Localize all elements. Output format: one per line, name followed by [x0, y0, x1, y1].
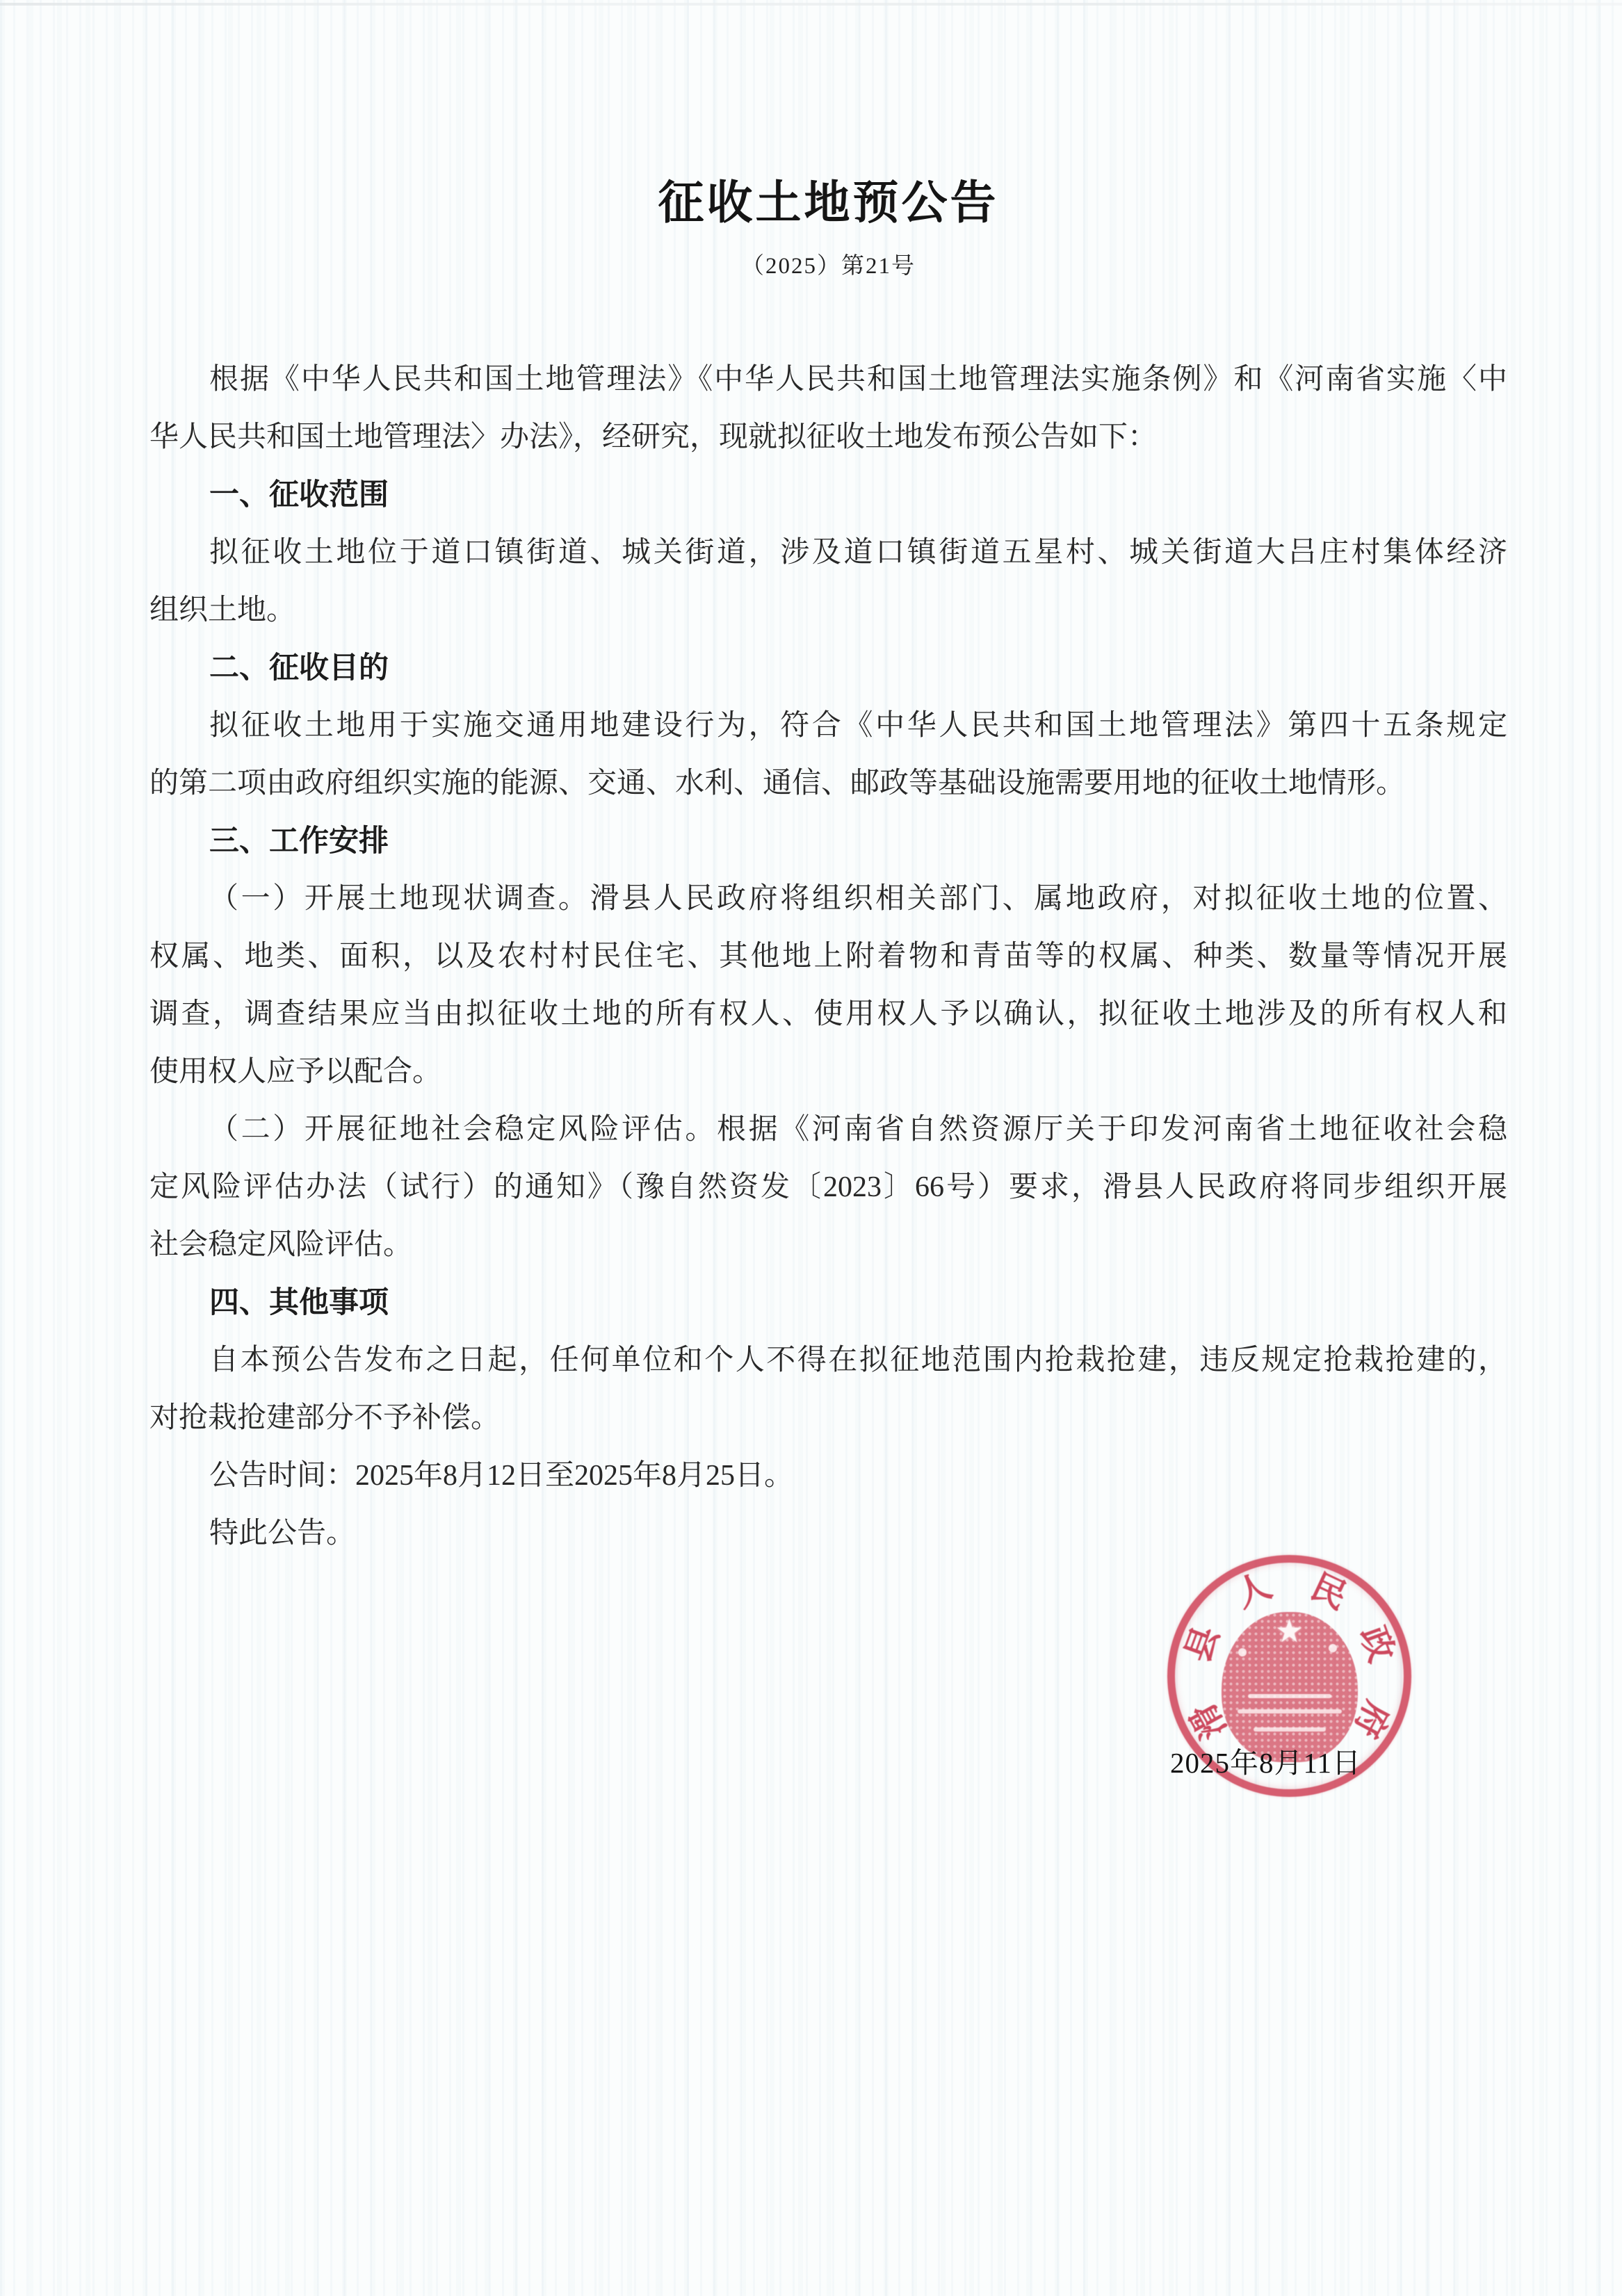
section-heading: 一、征收范围	[149, 466, 1507, 524]
body-line: 的第二项由政府组织实施的能源、交通、水利、通信、邮政等基础设施需要用地的征收土地…	[149, 755, 1507, 813]
body-line: 拟征收土地位于道口镇街道、城关街道，涉及道口镇街道五星村、城关街道大吕庄村集体经…	[149, 524, 1507, 582]
emblem-small-star-icon	[1238, 1648, 1247, 1656]
national-emblem-icon: ★	[1222, 1612, 1358, 1762]
announcement-page: 征收土地预公告 （2025）第21号 根据《中华人民共和国土地管理法》《中华人民…	[0, 0, 1622, 2296]
emblem-star-icon: ★	[1275, 1613, 1304, 1650]
body-line: 组织土地。	[149, 582, 1507, 640]
body-line: 权属、地类、面积，以及农村村民住宅、其他地上附着物和青苗等的权属、种类、数量等情…	[149, 928, 1507, 986]
page-title: 征收土地预公告	[149, 178, 1507, 229]
emblem-gate-line	[1238, 1709, 1342, 1713]
section-heading: 三、工作安排	[149, 813, 1507, 870]
emblem-gate-line	[1248, 1694, 1331, 1698]
body-line: 华人民共和国土地管理法〉办法》，经研究，现就拟征收土地发布预公告如下：	[149, 409, 1507, 466]
body-line: （一）开展土地现状调查。滑县人民政府将组织相关部门、属地政府，对拟征收土地的位置…	[149, 870, 1507, 928]
body-line: 对抢栽抢建部分不予补偿。	[149, 1390, 1507, 1447]
body-line: 特此公告。	[149, 1505, 1507, 1563]
body-line: 自本预公告发布之日起，任何单位和个人不得在拟征地范围内抢栽抢建，违反规定抢栽抢建…	[149, 1332, 1507, 1390]
emblem-gate-line	[1254, 1727, 1326, 1732]
body-line: 定风险评估办法（试行）的通知》（豫自然资发〔2023〕66号）要求，滑县人民政府…	[149, 1159, 1507, 1216]
body-line: （二）开展征地社会稳定风险评估。根据《河南省自然资源厅关于印发河南省土地征收社会…	[149, 1101, 1507, 1159]
emblem-small-star-icon	[1329, 1644, 1337, 1652]
body-line: 使用权人应予以配合。	[149, 1043, 1507, 1101]
body-line: 根据《中华人民共和国土地管理法》《中华人民共和国土地管理法实施条例》和《河南省实…	[149, 351, 1507, 409]
section-heading: 四、其他事项	[149, 1274, 1507, 1332]
body-line: 社会稳定风险评估。	[149, 1216, 1507, 1274]
document-number: （2025）第21号	[149, 252, 1507, 281]
scan-artifact-line	[0, 3, 1622, 6]
document-body: 根据《中华人民共和国土地管理法》《中华人民共和国土地管理法实施条例》和《河南省实…	[149, 351, 1507, 1563]
section-heading: 二、征收目的	[149, 640, 1507, 697]
body-line: 调查，调查结果应当由拟征收土地的所有权人、使用权人予以确认，拟征收土地涉及的所有…	[149, 986, 1507, 1043]
body-line: 拟征收土地用于实施交通用地建设行为，符合《中华人民共和国土地管理法》第四十五条规…	[149, 697, 1507, 755]
body-line: 公告时间：2025年8月12日至2025年8月25日。	[149, 1447, 1507, 1505]
issue-date: 2025年8月11日	[1170, 1746, 1361, 1780]
